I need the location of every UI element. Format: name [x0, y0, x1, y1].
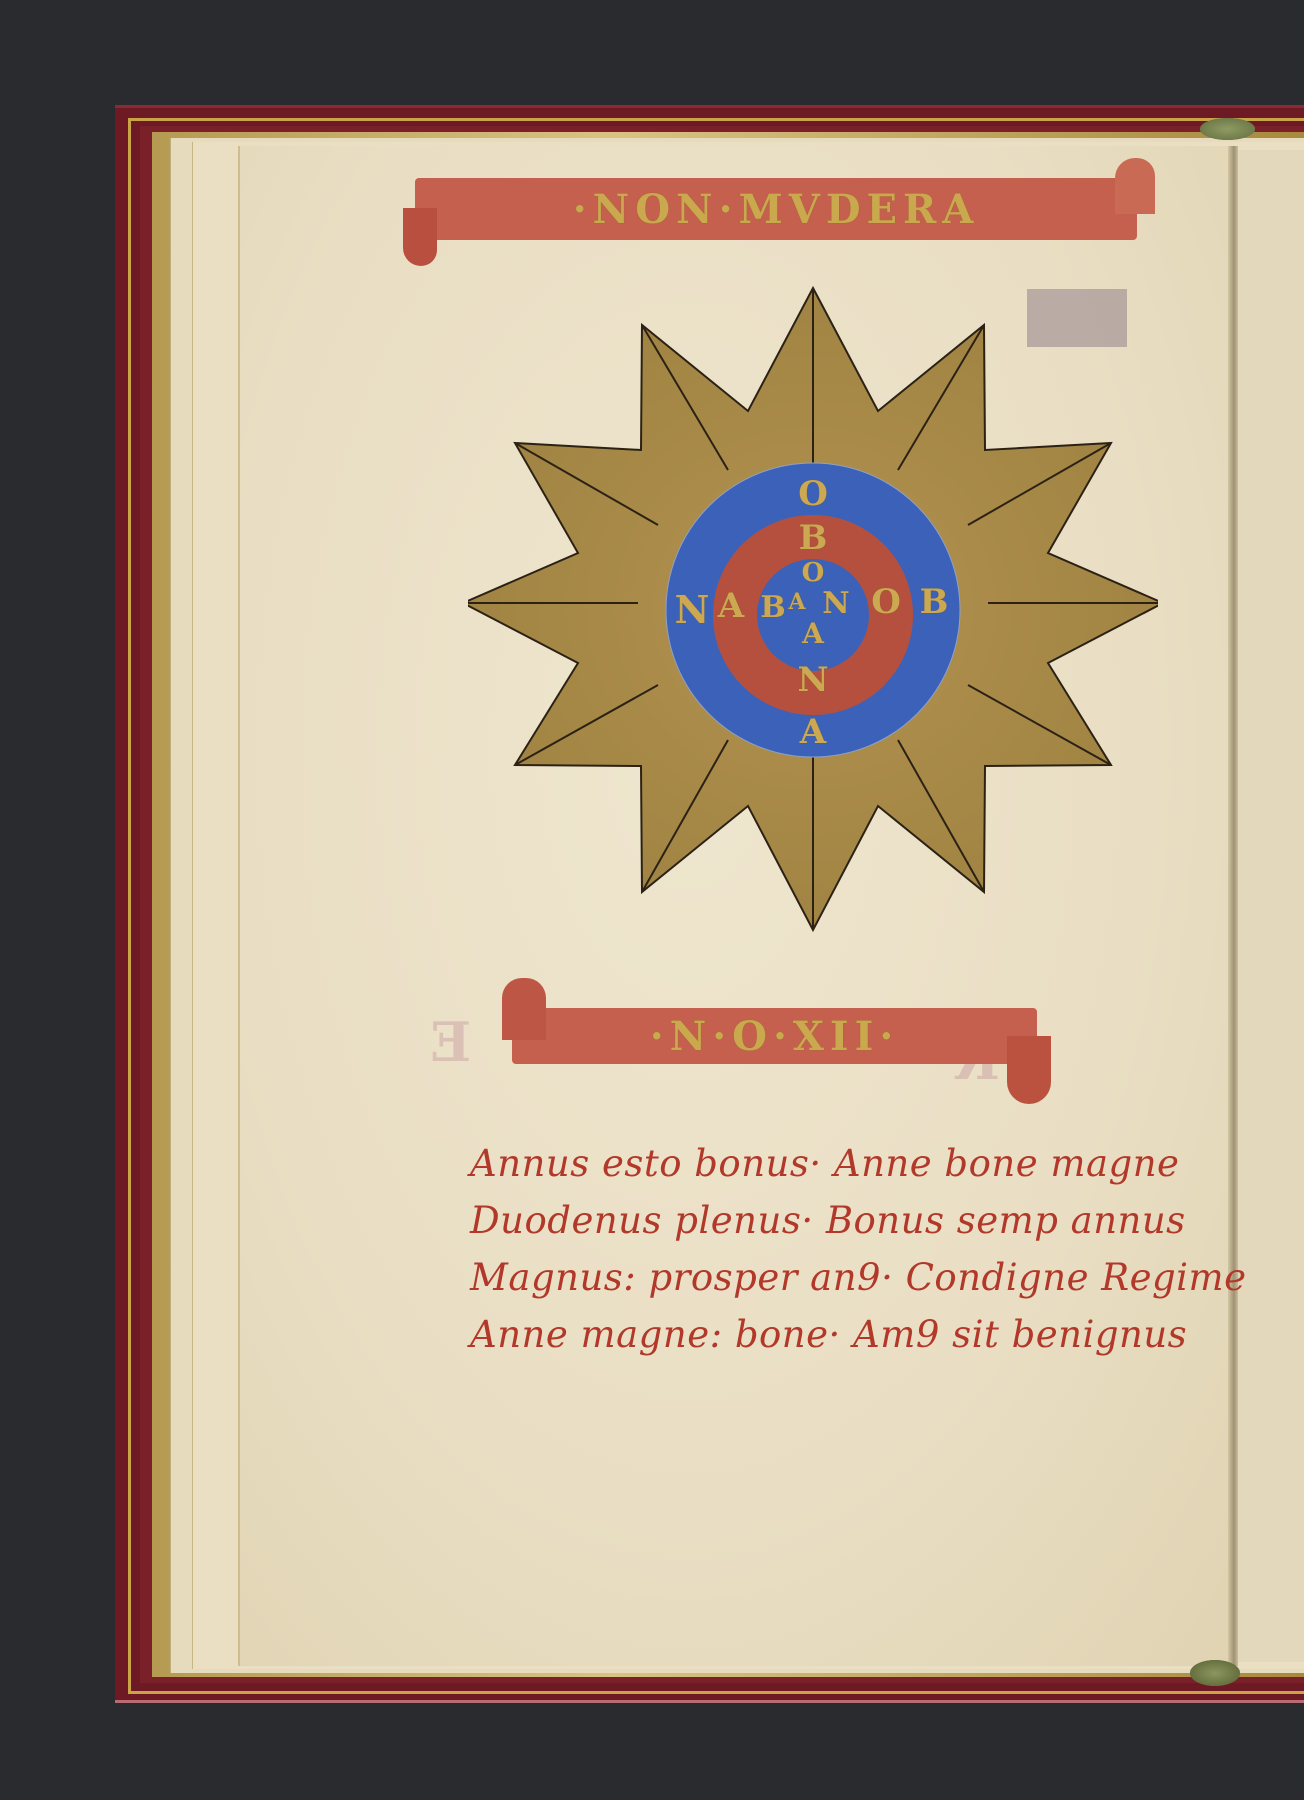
roundel-letter: A — [788, 591, 805, 613]
roundel-letter: N — [797, 663, 828, 697]
verse-line: Magnus: prosper an9· Condigne Regime — [470, 1249, 1210, 1306]
verse-line: Duodenus plenus· Bonus semp annus — [470, 1192, 1210, 1249]
roundel-letter: N — [675, 591, 710, 629]
roundel-letter: B — [799, 521, 828, 555]
verse-line: Anne magne: bone· Am9 sit benignus — [470, 1306, 1210, 1363]
verse-line: Annus esto bonus· Anne bone magne — [470, 1135, 1210, 1192]
roundel-letter: N — [822, 589, 849, 619]
verse-block: Annus esto bonus· Anne bone magne Duoden… — [470, 1135, 1210, 1363]
scroll-curl-icon — [1115, 158, 1155, 214]
headband-bottom — [1190, 1660, 1240, 1686]
roundel-letter: A — [802, 620, 824, 648]
star-icon — [468, 280, 1158, 950]
roundel-letter: O — [802, 560, 825, 586]
headband-top — [1200, 118, 1255, 140]
roundel-letter: O — [798, 477, 828, 511]
motto-text: ·NON·MVDERA — [573, 186, 980, 233]
page-gutter — [1228, 146, 1238, 1666]
roundel-letter: O — [871, 585, 901, 619]
year-label-text: ·N·O·XII· — [650, 1013, 900, 1060]
top-banner-scroll: ·NON·MVDERA — [415, 178, 1137, 240]
right-page — [1238, 150, 1304, 1662]
bottom-banner-scroll: ·N·O·XII· — [512, 1008, 1037, 1064]
roundel-letter: B — [760, 593, 785, 623]
twelve-point-star-emblem: O B O A N A N A B A N O B — [468, 280, 1158, 950]
scroll-curl-icon — [1007, 1036, 1051, 1104]
roundel-letter: A — [800, 715, 826, 749]
scroll-curl-icon — [403, 208, 437, 266]
roundel-letter: A — [718, 589, 744, 623]
roundel-letter: B — [920, 585, 949, 619]
ghost-letter-left: E — [430, 1010, 471, 1074]
scroll-curl-icon — [502, 978, 546, 1040]
